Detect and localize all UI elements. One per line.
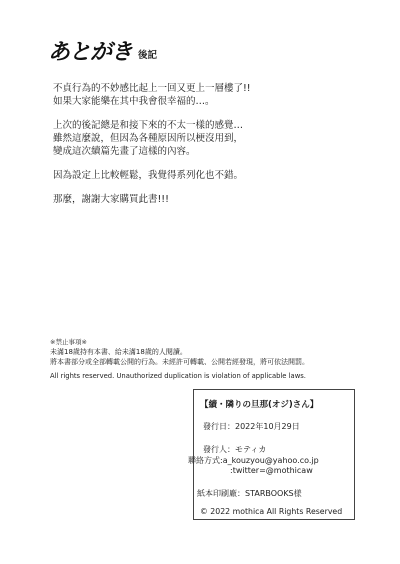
afterword-paragraph: 不貞行為的不妙感比起上一回又更上一層樓了!! 如果大家能樂在其中我會很幸福的…。 bbox=[53, 82, 383, 108]
publish-date: 發行日：2022年10月29日 bbox=[203, 421, 300, 432]
notice-line: 將本書部分或全部轉載公開的行為。未經許可轉載、公開若經發現，將可依法開罰。 bbox=[50, 357, 390, 367]
notice-line: 未滿18歲持有本書、給未滿18歲的人閱讀。 bbox=[50, 347, 390, 357]
text-line: 上次的後記總是和接下來的不太一樣的感覺… bbox=[53, 119, 383, 132]
afterword-paragraph: 上次的後記總是和接下來的不太一樣的感覺… 雖然這麼說，但因為各種原因所以梗沒用到… bbox=[53, 119, 383, 158]
book-title: 【續・隣りの旦那(オジ)さん】 bbox=[200, 398, 318, 410]
prohibition-notice: ※禁止事項※ 未滿18歲持有本書、給未滿18歲的人閱讀。 將本書部分或全部轉載公… bbox=[50, 338, 390, 381]
rights-notice-english: All rights reserved. Unauthorized duplic… bbox=[50, 371, 390, 381]
afterword-paragraph: 那麼，謝謝大家購買此書!!! bbox=[53, 193, 383, 206]
publisher: 發行人：モティカ bbox=[203, 444, 266, 455]
afterword-heading: あとがき 後記 bbox=[48, 40, 157, 64]
afterword-body: 不貞行為的不妙感比起上一回又更上一層樓了!! 如果大家能樂在其中我會很幸福的…。… bbox=[53, 82, 383, 217]
contact-email: 聯絡方式:a_kouzyou@yahoo.co.jp bbox=[188, 455, 319, 466]
text-line: 如果大家能樂在其中我會很幸福的…。 bbox=[53, 95, 383, 108]
text-line: 那麼，謝謝大家購買此書!!! bbox=[53, 193, 383, 206]
text-line: 因為設定上比較輕鬆，我覺得系列化也不錯。 bbox=[53, 169, 383, 182]
notice-title: ※禁止事項※ bbox=[50, 338, 390, 347]
text-line: 雖然這麼說，但因為各種原因所以梗沒用到， bbox=[53, 132, 383, 145]
printer: 紙本印刷廠：STARBOOKS様 bbox=[197, 488, 302, 499]
heading-subtitle: 後記 bbox=[138, 47, 157, 61]
contact-twitter: :twitter=@mothicaw bbox=[230, 466, 313, 475]
text-line: 變成這次續篇先畫了這樣的內容。 bbox=[53, 145, 383, 158]
copyright: © 2022 mothica All Rights Reserved bbox=[200, 507, 342, 516]
colophon-box: 【續・隣りの旦那(オジ)さん】 發行日：2022年10月29日 發行人：モティカ… bbox=[193, 389, 355, 520]
text-line: 不貞行為的不妙感比起上一回又更上一層樓了!! bbox=[53, 82, 383, 95]
heading-script-title: あとがき bbox=[48, 40, 132, 64]
afterword-paragraph: 因為設定上比較輕鬆，我覺得系列化也不錯。 bbox=[53, 169, 383, 182]
